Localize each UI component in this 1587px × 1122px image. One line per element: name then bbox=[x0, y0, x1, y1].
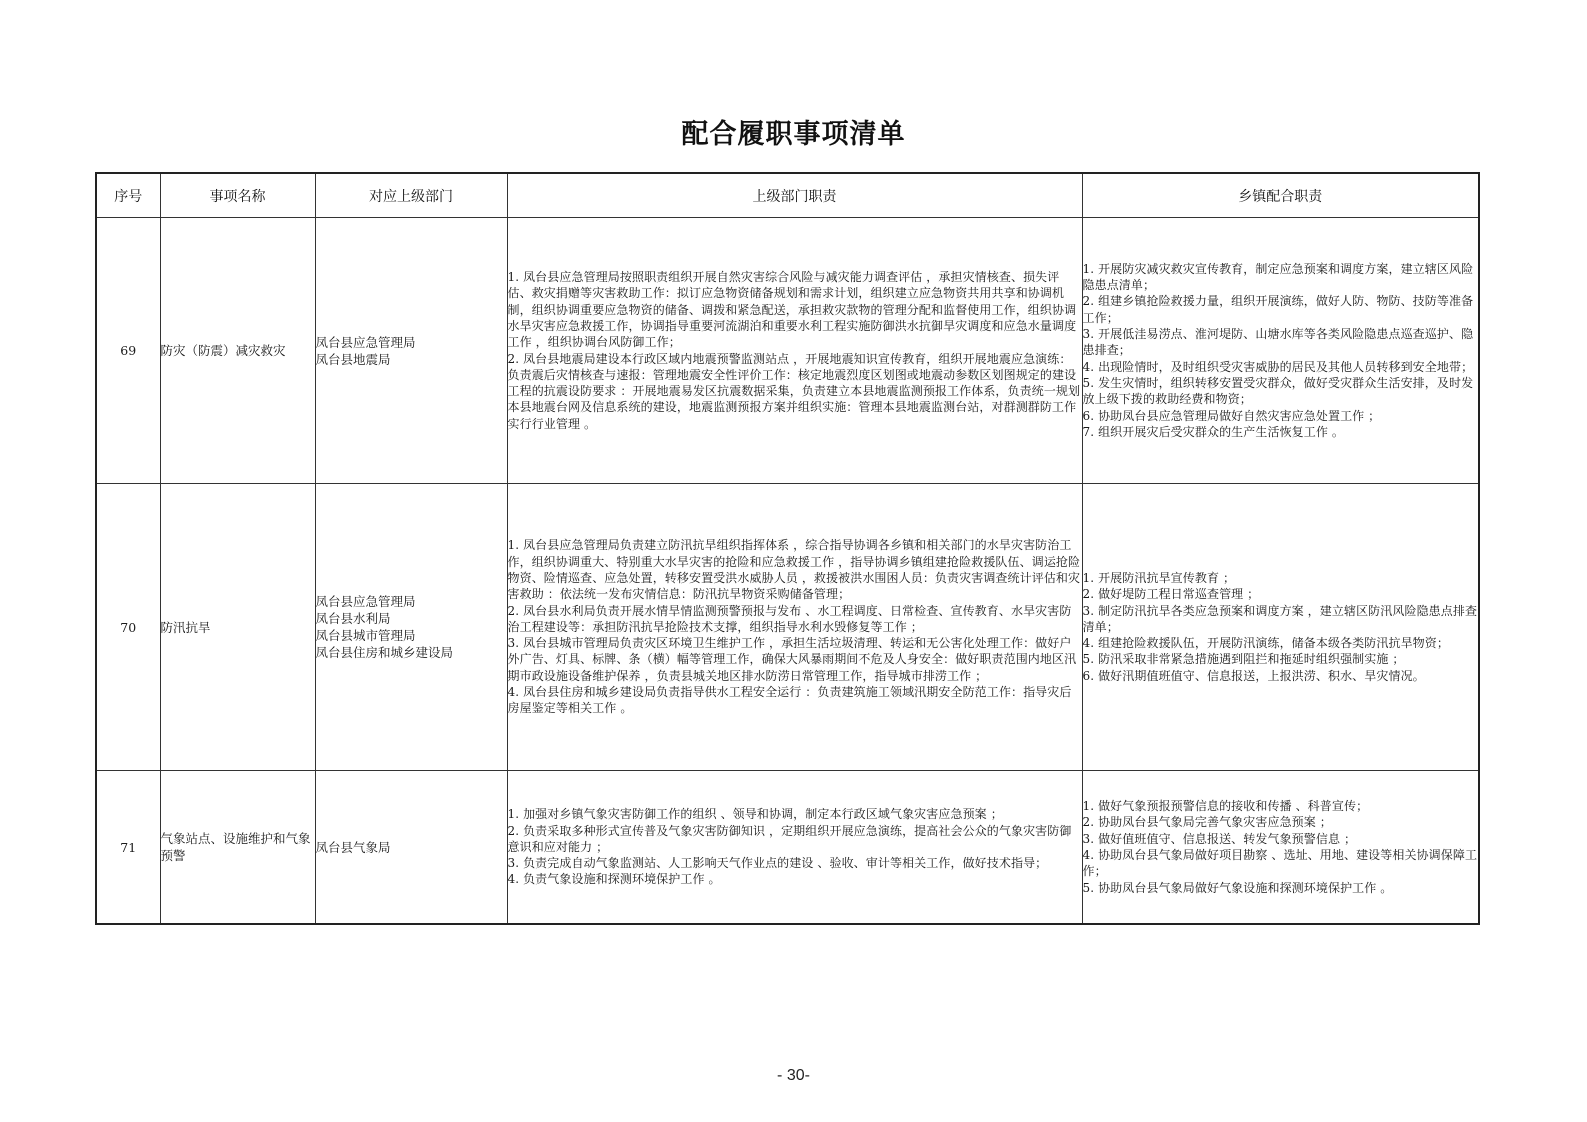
duty-line: 1. 凤台县应急管理局按照职责组织开展自然灾害综合风险与减灾能力调查评估 ，承担… bbox=[508, 269, 1082, 350]
dept-line: 凤台县住房和城乡建设局 bbox=[316, 644, 507, 661]
dept-line: 凤台县城市管理局 bbox=[316, 627, 507, 644]
superior-duties-cell: 1. 凤台县应急管理局按照职责组织开展自然灾害综合风险与减灾能力调查评估 ，承担… bbox=[507, 218, 1082, 484]
duty-line: 1. 加强对乡镇气象灾害防御工作的组织 、领导和协调，制定本行政区域气象灾害应急… bbox=[508, 806, 1082, 822]
duties-table: 序号 事项名称 对应上级部门 上级部门职责 乡镇配合职责 69 防灾（防震）减灾… bbox=[95, 172, 1480, 925]
town-duties-cell: 1. 开展防汛抗旱宣传教育 ； 2. 做好堤防工程日常巡查管理 ； 3. 制定防… bbox=[1082, 484, 1479, 771]
town-duty-line: 2. 做好堤防工程日常巡查管理 ； bbox=[1083, 586, 1479, 602]
item-name: 气象站点、设施维护和气象预警 bbox=[160, 771, 315, 925]
duty-line: 2. 负责采取多种形式宣传普及气象灾害防御知识 ，定期组织开展应急演练，提高社会… bbox=[508, 823, 1082, 856]
item-name: 防灾（防震）减灾救灾 bbox=[160, 218, 315, 484]
town-duty-line: 4. 组建抢险救援队伍，开展防汛演练，储备本级各类防汛抗旱物资； bbox=[1083, 635, 1479, 651]
town-duties-cell: 1. 开展防灾减灾救灾宣传教育，制定应急预案和调度方案，建立辖区风险隐患点清单；… bbox=[1082, 218, 1479, 484]
header-superior-duties: 上级部门职责 bbox=[507, 173, 1082, 218]
town-duty-line: 2. 协助凤台县气象局完善气象灾害应急预案 ； bbox=[1083, 814, 1479, 830]
document-title: 配合履职事项清单 bbox=[0, 112, 1587, 151]
dept-line: 凤台县应急管理局 bbox=[316, 334, 507, 351]
duty-line: 4. 负责气象设施和探测环境保护工作 。 bbox=[508, 871, 1082, 887]
town-duty-line: 2. 组建乡镇抢险救援力量，组织开展演练，做好人防、物防、技防等准备工作； bbox=[1083, 293, 1479, 326]
superior-duties-cell: 1. 凤台县应急管理局负责建立防汛抗旱组织指挥体系 ，综合指导协调各乡镇和相关部… bbox=[507, 484, 1082, 771]
page-number: - 30- bbox=[0, 1067, 1587, 1085]
town-duties-cell: 1. 做好气象预报预警信息的接收和传播 、科普宣传； 2. 协助凤台县气象局完善… bbox=[1082, 771, 1479, 925]
town-duty-line: 1. 开展防汛抗旱宣传教育 ； bbox=[1083, 570, 1479, 586]
dept-line: 凤台县气象局 bbox=[316, 839, 507, 856]
table-header-row: 序号 事项名称 对应上级部门 上级部门职责 乡镇配合职责 bbox=[96, 173, 1479, 218]
duty-line: 3. 凤台县城市管理局负责灾区环境卫生维护工作 ，承担生活垃圾清理、转运和无公害… bbox=[508, 635, 1082, 684]
town-duty-line: 3. 制定防汛抗旱各类应急预案和调度方案 ，建立辖区防汛风险隐患点排查清单； bbox=[1083, 603, 1479, 636]
town-duty-line: 1. 开展防灾减灾救灾宣传教育，制定应急预案和调度方案，建立辖区风险隐患点清单； bbox=[1083, 261, 1479, 294]
superior-dept-cell: 凤台县气象局 bbox=[315, 771, 507, 925]
header-superior-dept: 对应上级部门 bbox=[315, 173, 507, 218]
duty-line: 2. 凤台县地震局建设本行政区域内地震预警监测站点 ，开展地震知识宣传教育，组织… bbox=[508, 351, 1082, 432]
table-row: 69 防灾（防震）减灾救灾 凤台县应急管理局 凤台县地震局 1. 凤台县应急管理… bbox=[96, 218, 1479, 484]
town-duty-line: 5. 防汛采取非常紧急措施遇到阻拦和拖延时组织强制实施 ； bbox=[1083, 651, 1479, 667]
duty-line: 4. 凤台县住房和城乡建设局负责指导供水工程安全运行 ：负责建筑施工领域汛期安全… bbox=[508, 684, 1082, 717]
table-row: 71 气象站点、设施维护和气象预警 凤台县气象局 1. 加强对乡镇气象灾害防御工… bbox=[96, 771, 1479, 925]
item-name: 防汛抗旱 bbox=[160, 484, 315, 771]
town-duty-line: 4. 协助凤台县气象局做好项目勘察 、选址、用地、建设等相关协调保障工作； bbox=[1083, 847, 1479, 880]
town-duty-line: 4. 出现险情时，及时组织受灾害威胁的居民及其他人员转移到安全地带； bbox=[1083, 359, 1479, 375]
town-duty-line: 3. 做好值班值守、信息报送、转发气象预警信息 ； bbox=[1083, 831, 1479, 847]
town-duty-line: 3. 开展低洼易涝点、淮河堤防、山塘水库等各类风险隐患点巡查巡护、隐患排查； bbox=[1083, 326, 1479, 359]
town-duty-line: 6. 协助凤台县应急管理局做好自然灾害应急处置工作 ； bbox=[1083, 408, 1479, 424]
header-item-name: 事项名称 bbox=[160, 173, 315, 218]
superior-dept-cell: 凤台县应急管理局 凤台县水利局 凤台县城市管理局 凤台县住房和城乡建设局 bbox=[315, 484, 507, 771]
dept-line: 凤台县地震局 bbox=[316, 351, 507, 368]
header-seq: 序号 bbox=[96, 173, 160, 218]
row-number: 71 bbox=[96, 771, 160, 925]
duty-line: 1. 凤台县应急管理局负责建立防汛抗旱组织指挥体系 ，综合指导协调各乡镇和相关部… bbox=[508, 537, 1082, 602]
town-duty-line: 6. 做好汛期值班值守、信息报送，上报洪涝、积水、旱灾情况。 bbox=[1083, 668, 1479, 684]
town-duty-line: 5. 发生灾情时，组织转移安置受灾群众，做好受灾群众生活安排，及时发放上级下拨的… bbox=[1083, 375, 1479, 408]
row-number: 69 bbox=[96, 218, 160, 484]
table-row: 70 防汛抗旱 凤台县应急管理局 凤台县水利局 凤台县城市管理局 凤台县住房和城… bbox=[96, 484, 1479, 771]
town-duty-line: 1. 做好气象预报预警信息的接收和传播 、科普宣传； bbox=[1083, 798, 1479, 814]
town-duty-line: 7. 组织开展灾后受灾群众的生产生活恢复工作 。 bbox=[1083, 424, 1479, 440]
row-number: 70 bbox=[96, 484, 160, 771]
duty-line: 2. 凤台县水利局负责开展水情旱情监测预警预报与发布 、水工程调度、日常检查、宣… bbox=[508, 603, 1082, 636]
dept-line: 凤台县水利局 bbox=[316, 610, 507, 627]
dept-line: 凤台县应急管理局 bbox=[316, 593, 507, 610]
superior-duties-cell: 1. 加强对乡镇气象灾害防御工作的组织 、领导和协调，制定本行政区域气象灾害应急… bbox=[507, 771, 1082, 925]
duty-line: 3. 负责完成自动气象监测站、人工影响天气作业点的建设 、验收、审计等相关工作，… bbox=[508, 855, 1082, 871]
town-duty-line: 5. 协助凤台县气象局做好气象设施和探测环境保护工作 。 bbox=[1083, 880, 1479, 896]
header-town-duties: 乡镇配合职责 bbox=[1082, 173, 1479, 218]
superior-dept-cell: 凤台县应急管理局 凤台县地震局 bbox=[315, 218, 507, 484]
